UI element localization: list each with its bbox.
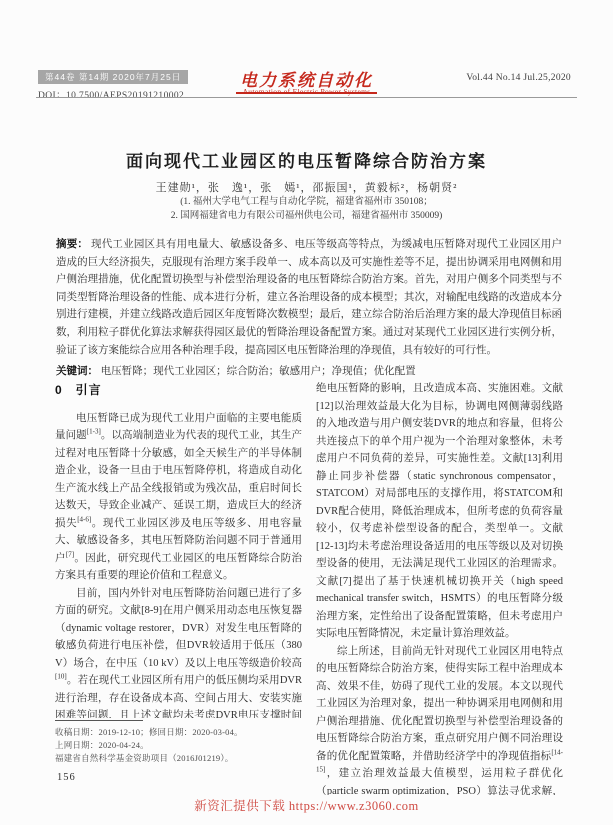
left-column: 0 引言 电压暂降已成为现代工业用户面临的主要电能质量问题[1-3]。以高端制造… xyxy=(55,380,302,718)
abstract-label: 摘要： xyxy=(56,238,88,250)
left-paragraph-1: 电压暂降已成为现代工业用户面临的主要电能质量问题[1-3]。以高端制造业为代表的… xyxy=(55,410,302,585)
affiliation-1: (1. 福州大学电气工程与自动化学院，福建省福州市 350108； xyxy=(0,196,613,210)
affiliations: (1. 福州大学电气工程与自动化学院，福建省福州市 350108； 2. 国网福… xyxy=(0,196,613,223)
page-number: 156 xyxy=(57,772,76,783)
footnote-divider xyxy=(55,720,143,721)
footnote-funding: 福建省自然科学基金资助项目（2016J01219）。 xyxy=(55,752,305,765)
keywords-text: 电压暂降；现代工业园区；综合防治；敏感用户；净现值；优化配置 xyxy=(101,366,416,377)
header-divider xyxy=(36,97,577,98)
author-list: 王建勋¹，张 逸¹，张 嫣¹，邵振国¹，黄毅标²，杨朝贤² xyxy=(0,179,613,195)
affiliation-2: 2. 国网福建省电力有限公司福州供电公司，福建省福州市 350009) xyxy=(0,210,613,224)
watermark-text: 新资汇提供下载 https://www.z3060.com xyxy=(0,796,613,814)
abstract-paragraph: 摘要： 现代工业园区具有用电量大、敏感设备多、电压等级高等特点，为缓减电压暂降对… xyxy=(56,236,562,359)
paper-title: 面向现代工业园区的电压暂降综合防治方案 xyxy=(0,147,613,172)
keywords-line: 关键词： 电压暂降；现代工业园区；综合防治；敏感用户；净现值；优化配置 xyxy=(56,363,562,381)
abstract-block: 摘要： 现代工业园区具有用电量大、敏感设备多、电压等级高等特点，为缓减电压暂降对… xyxy=(56,236,562,381)
right-column: 绝电压暂降的影响，且改造成本高、实施困难。文献[12]以治理效益最大化为目标，协… xyxy=(316,380,563,795)
footnote-online-date: 上网日期：2020-04-24。 xyxy=(55,739,305,752)
journal-subtitle: Automation of Electric Power Systems xyxy=(0,87,613,96)
volume-info: Vol.44 No.14 Jul.25,2020 xyxy=(466,73,571,83)
right-paragraph-1: 绝电压暂降的影响，且改造成本高、实施困难。文献[12]以治理效益最大化为目标，协… xyxy=(316,380,563,643)
paper-page: 第44卷 第14期 2020年7月25日 DOI：10.7500/AEPS201… xyxy=(0,0,613,825)
footnote-block: 收稿日期：2019-12-10；修回日期：2020-03-04。 上网日期：20… xyxy=(55,720,305,765)
abstract-text: 现代工业园区具有用电量大、敏感设备多、电压等级高等特点，为缓减电压暂降对现代工业… xyxy=(56,239,562,356)
keywords-label: 关键词： xyxy=(56,365,98,377)
left-paragraph-2: 目前，国内外针对电压暂降防治问题已进行了多方面的研究。文献[8-9]在用户侧采用… xyxy=(55,585,302,719)
right-paragraph-2: 综上所述，目前尚无针对现代工业园区用电特点的电压暂降综合防治方案，使得实际工程中… xyxy=(316,643,563,796)
section-0-heading: 0 引言 xyxy=(55,382,302,400)
footnote-received-date: 收稿日期：2019-12-10；修回日期：2020-03-04。 xyxy=(55,726,305,739)
